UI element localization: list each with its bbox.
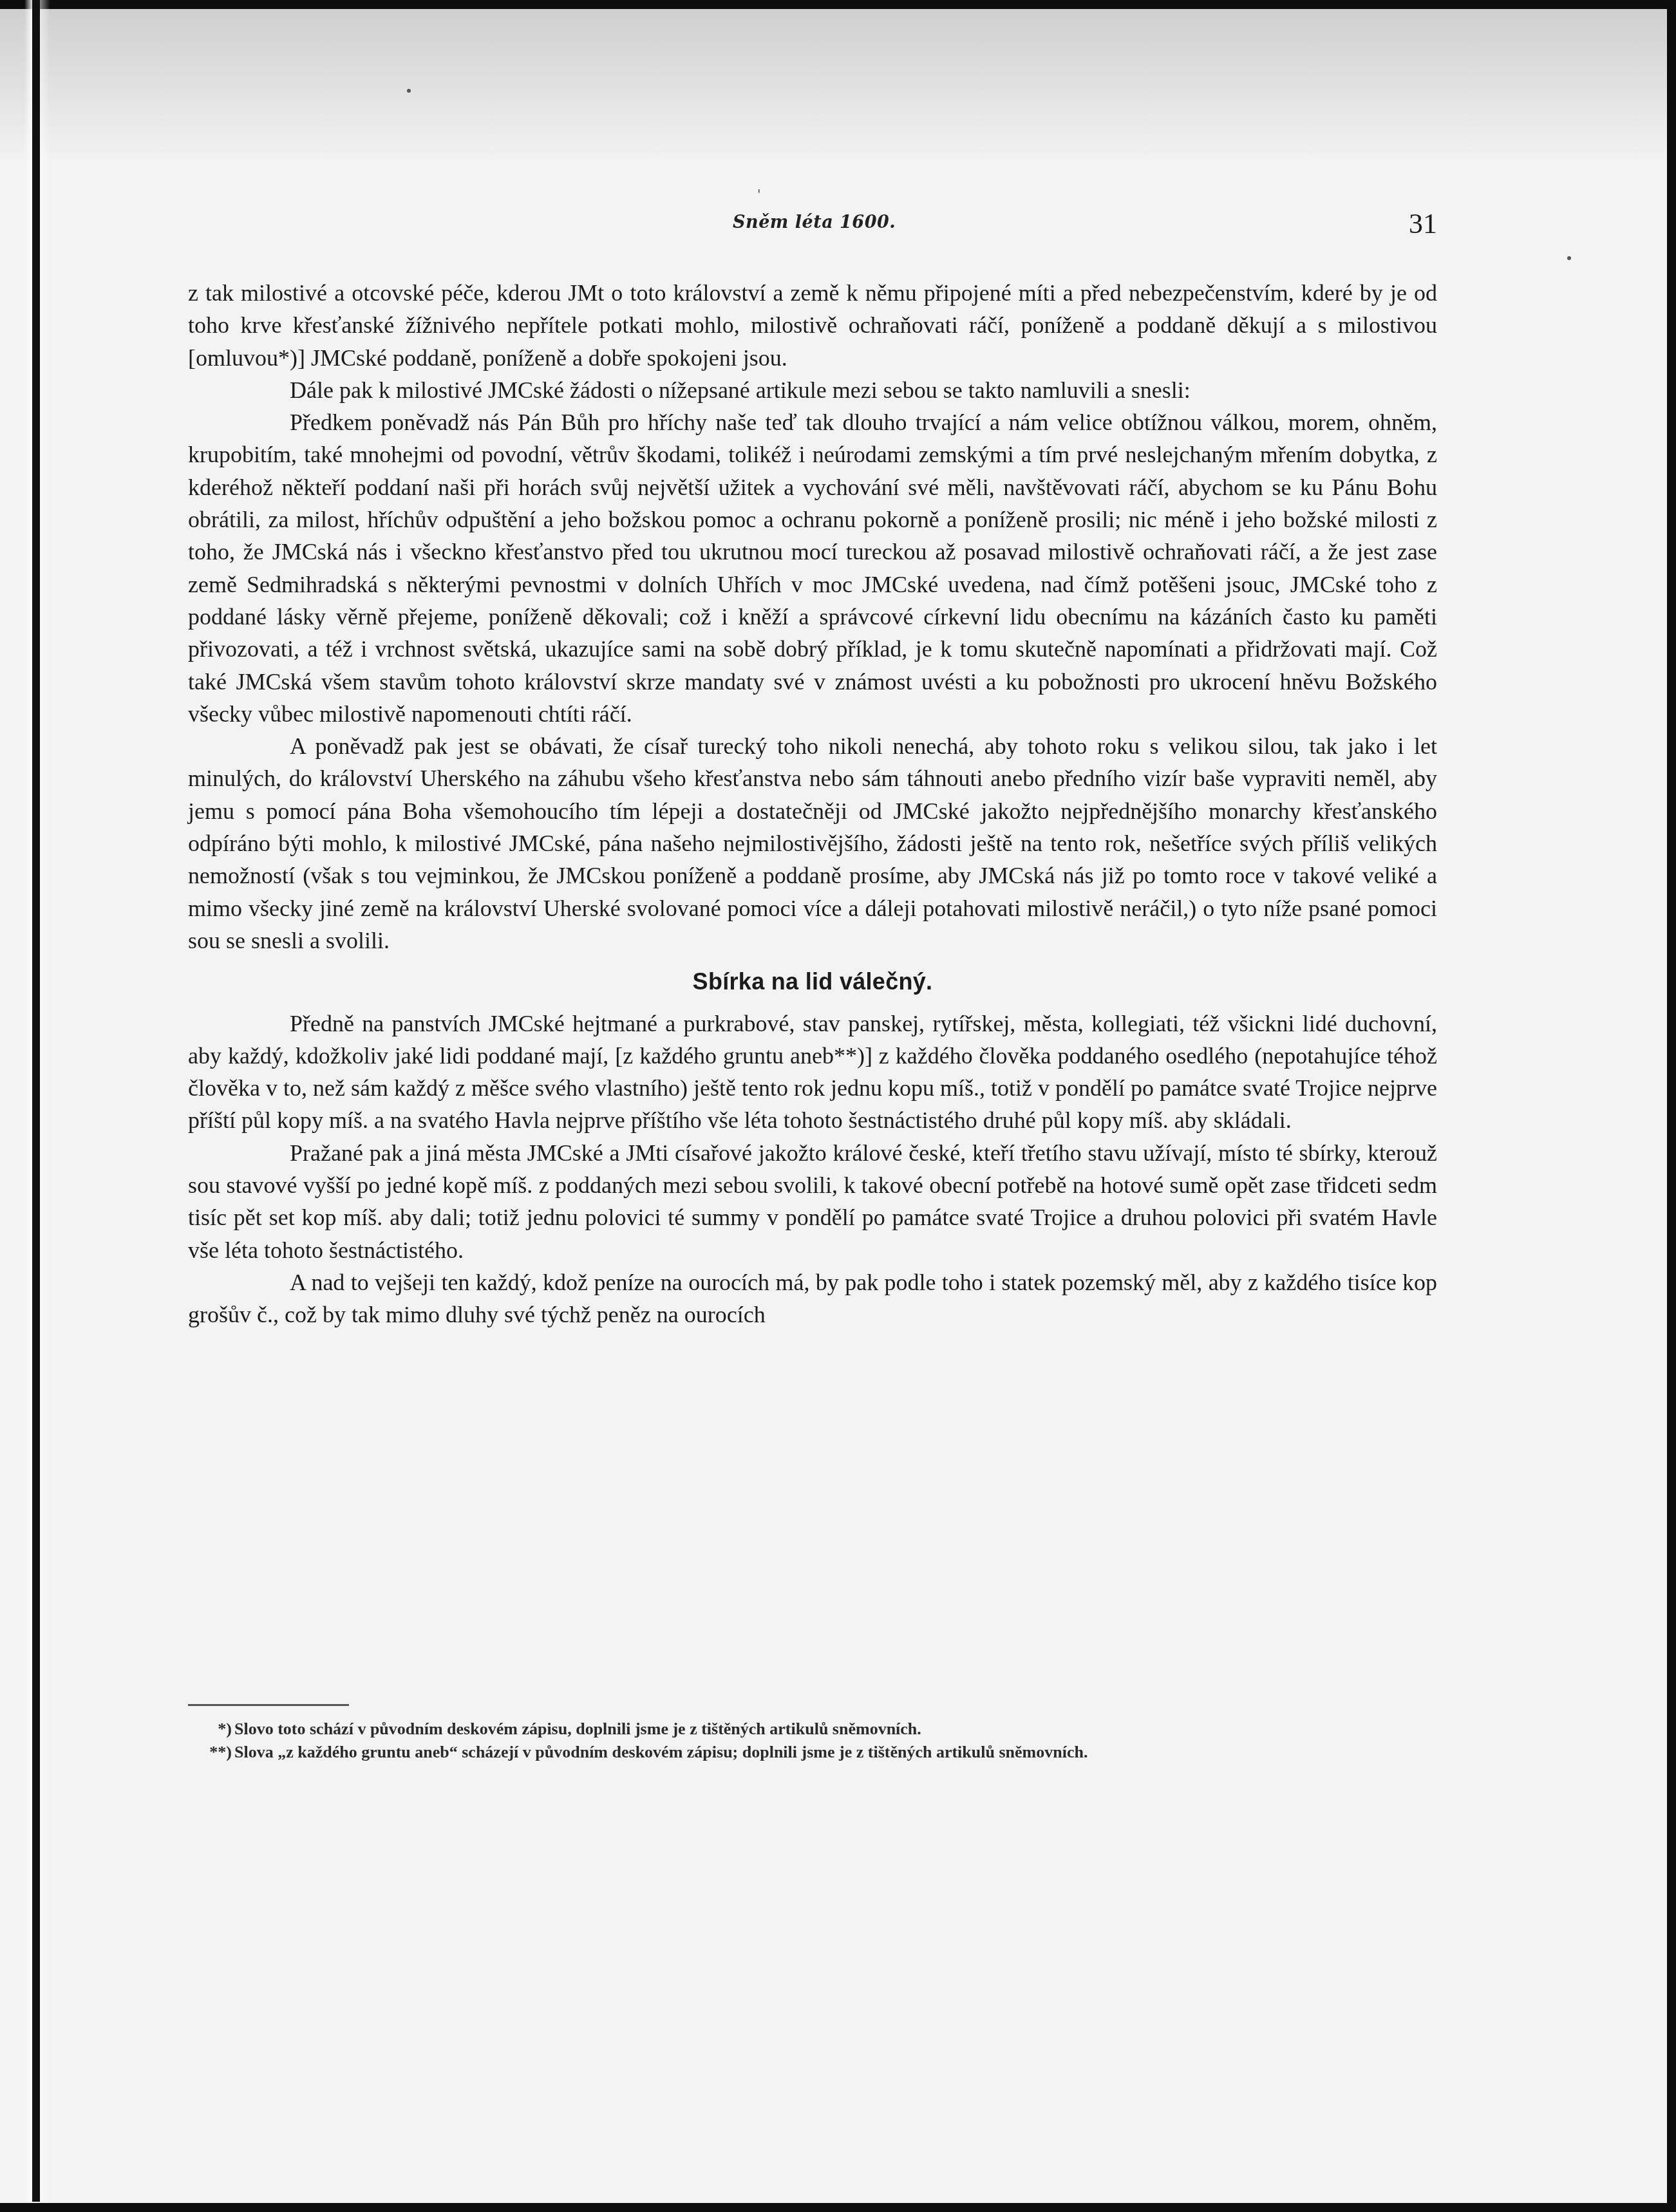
footnote-divider — [188, 1704, 349, 1706]
paragraph: Předně na panstvích JMCské hejtmané a pu… — [188, 1008, 1437, 1137]
section-heading: Sbírka na lid válečný. — [188, 966, 1437, 998]
footnote: *) Slovo toto schází v původním deskovém… — [188, 1718, 1283, 1741]
footnote: **) Slova „z každého gruntu aneb“ scháze… — [188, 1741, 1283, 1764]
footnote-mark: *) — [188, 1718, 232, 1741]
scan-speck — [407, 89, 411, 93]
scan-binding-line — [32, 0, 40, 2202]
running-title: Sněm léta 1600. — [733, 212, 896, 232]
footnote-mark: **) — [188, 1741, 232, 1764]
paragraph: A poněvadž pak jest se obávati, že císař… — [188, 730, 1437, 957]
running-head: ' Sněm léta 1600. 31 — [188, 212, 1437, 245]
page-number: 31 — [1409, 207, 1437, 240]
paragraph: Předkem poněvadž nás Pán Bůh pro hříchy … — [188, 406, 1437, 730]
paragraph: Dále pak k milostivé JMCské žádosti o ní… — [188, 374, 1437, 406]
footnote-text: Slovo toto schází v původním deskovém zá… — [234, 1720, 921, 1738]
scan-border-bottom — [0, 2203, 1676, 2212]
scan-border-top — [0, 0, 1676, 9]
paragraph: A nad to vejšeji ten každý, kdož peníze … — [188, 1266, 1437, 1331]
body-text: z tak milostivé a otcovské péče, kderou … — [188, 277, 1437, 1331]
paragraph: Pražané pak a jiná města JMCské a JMti c… — [188, 1137, 1437, 1266]
footnote-text: Slova „z každého gruntu aneb“ scházejí v… — [234, 1743, 1088, 1761]
paragraph: z tak milostivé a otcovské péče, kderou … — [188, 277, 1437, 374]
stray-mark: ' — [757, 187, 761, 202]
footnotes: *) Slovo toto schází v původním deskovém… — [188, 1718, 1283, 1764]
scan-border-right — [1667, 0, 1676, 2212]
scan-shadow-top — [0, 9, 1676, 164]
scan-speck — [1567, 256, 1571, 260]
